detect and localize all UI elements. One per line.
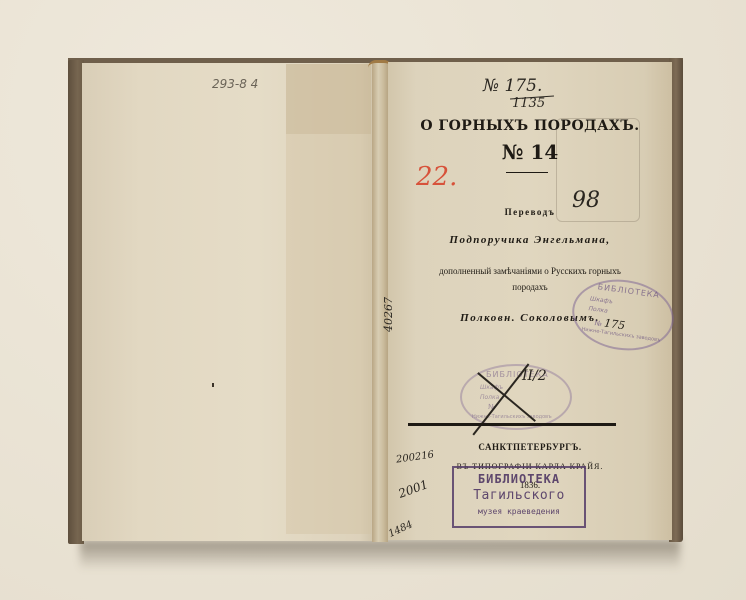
museum-library-stamp: БИБЛИОТЕКА Тагильского музея краеведения bbox=[452, 466, 586, 528]
translator: Подпоручика Энгельмана, bbox=[388, 234, 672, 246]
volume-number: № 14 bbox=[388, 140, 672, 164]
stamp-box-line-3: музея краеведения bbox=[454, 507, 584, 516]
shelf-number-bottom: 1135 bbox=[512, 96, 545, 111]
translation-label: Переводъ bbox=[388, 207, 672, 217]
supplement-line-1: дополненный замѣчаніями о Русскихъ горны… bbox=[388, 266, 672, 276]
stamp-box-line-1: БИБЛИОТЕКА bbox=[454, 472, 584, 486]
stamp-box-line-2: Тагильского bbox=[454, 488, 584, 503]
cancelled-handwriting: II/2 bbox=[522, 368, 547, 384]
cancelled-oval-stamp: БИБЛІОТЕКА Шкафъ Полка № Нижне-Тагильски… bbox=[460, 364, 572, 430]
shelf-number-top: № 175. bbox=[483, 76, 542, 96]
stamp-line-1: Шкафъ bbox=[589, 295, 613, 305]
vertical-note: 40267 bbox=[382, 297, 395, 332]
speck bbox=[212, 383, 214, 387]
title-page: № 175. 1135 О ГОРНЫХЪ ПОРОДАХЪ. № 14 22.… bbox=[388, 62, 672, 540]
thick-rule bbox=[408, 423, 616, 426]
stamp-line-2: Полка bbox=[480, 394, 499, 401]
note-bottom: 1484 bbox=[387, 519, 415, 540]
tape-strip bbox=[286, 64, 371, 534]
red-pencil-mark: 22. bbox=[416, 162, 457, 192]
pencil-note: 293-8 4 bbox=[212, 77, 258, 91]
stamp-line-2: Полка bbox=[588, 305, 608, 315]
book-title: О ГОРНЫХЪ ПОРОДАХЪ. bbox=[388, 118, 672, 134]
tape-stain bbox=[286, 64, 371, 134]
title-rule bbox=[506, 172, 548, 173]
open-book: 293-8 4 № 175. 1135 О ГОРНЫХЪ ПОРОДАХЪ. … bbox=[68, 58, 688, 546]
